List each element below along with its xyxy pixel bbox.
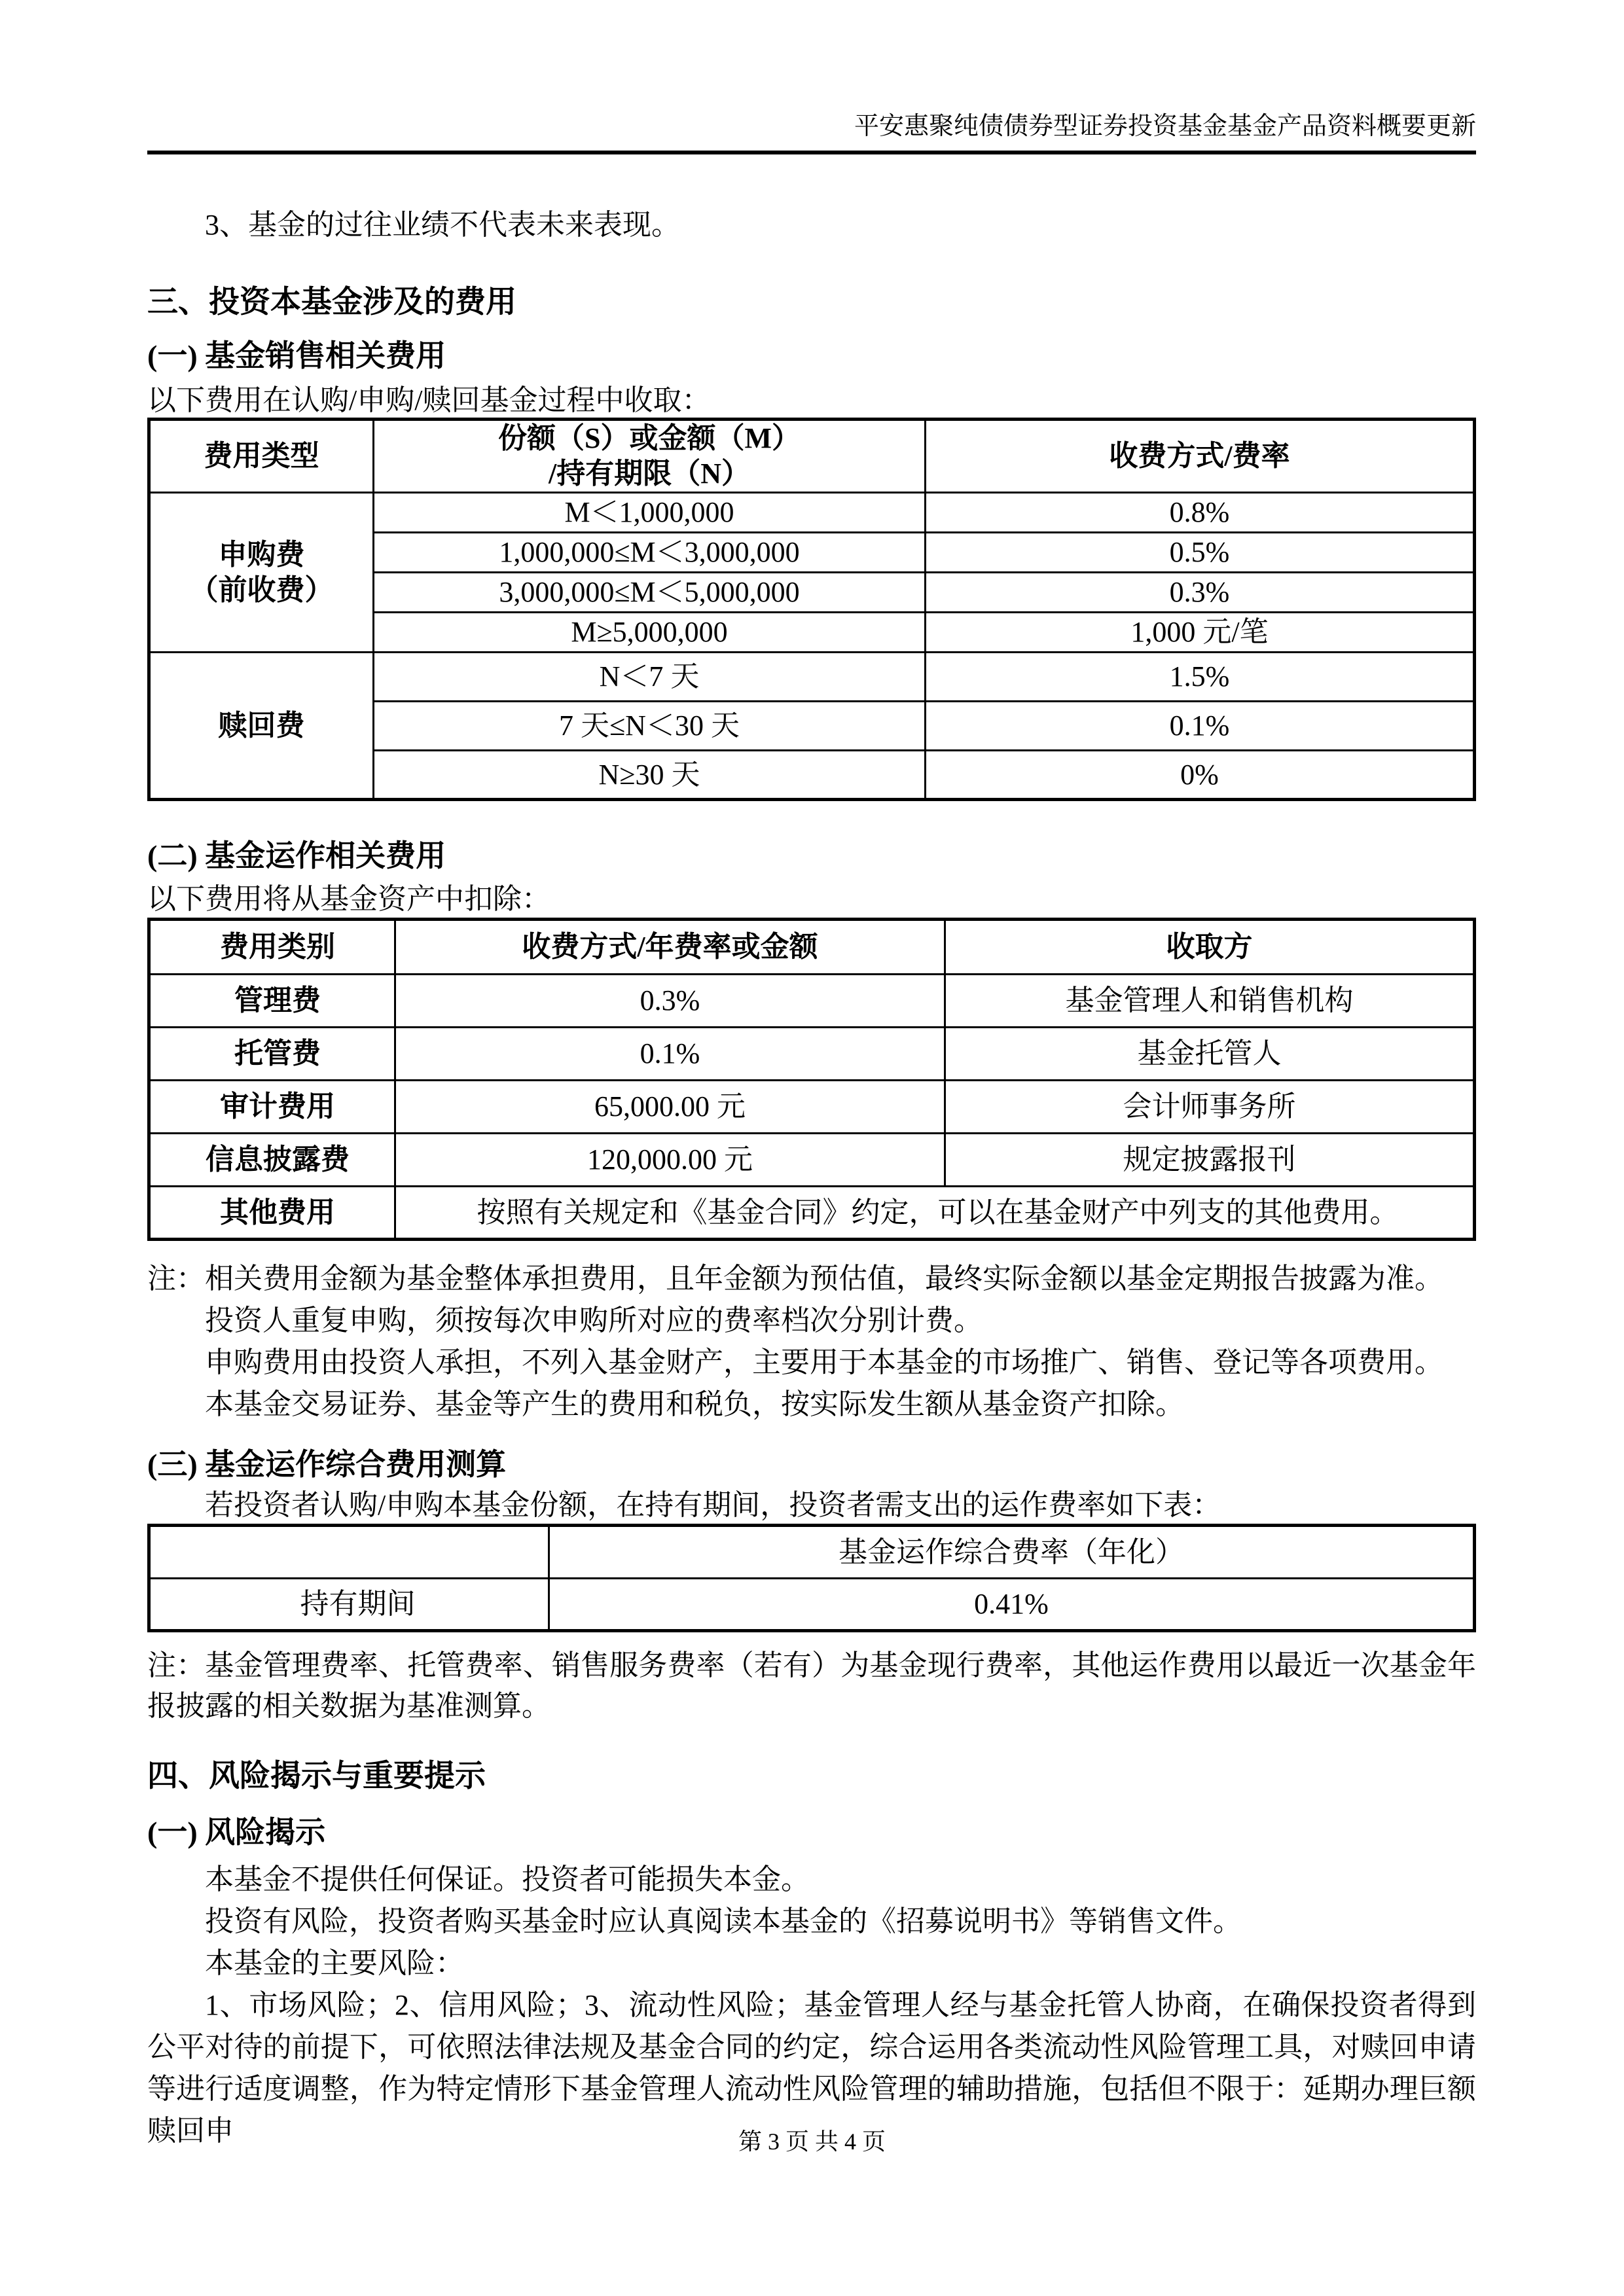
table-header-row: 基金运作综合费率（年化） <box>149 1526 1475 1579</box>
fee-rate-cell: 0.1% <box>395 1028 945 1081</box>
table-header-row: 费用类别 收费方式/年费率或金额 收取方 <box>149 920 1475 975</box>
fee-type-cell: 管理费 <box>149 975 395 1028</box>
rate-cell: 0.1% <box>926 702 1475 751</box>
table-row: 申购费 （前收费） M＜1,000,000 0.8% <box>149 493 1475 533</box>
fee-type-cell: 托管费 <box>149 1028 395 1081</box>
rate-cell: 0.8% <box>926 493 1475 533</box>
risk-paragraph: 本基金不提供任何保证。投资者可能损失本金。 <box>147 1859 1476 1901</box>
fee-type-cell: 审计费用 <box>149 1081 395 1134</box>
fee-collector-cell: 基金托管人 <box>945 1028 1475 1081</box>
sales-fee-table: 费用类型 份额（S）或金额（M） /持有期限（N） 收费方式/费率 申购费 （前… <box>147 418 1476 801</box>
rate-cell: 0.3% <box>926 573 1475 613</box>
condition-cell: M＜1,000,000 <box>374 493 926 533</box>
risk-disclosure-title: (一) 风险揭示 <box>147 1814 1476 1851</box>
condition-cell: 7 天≤N＜30 天 <box>374 702 926 751</box>
table-row: 其他费用 按照有关规定和《基金合同》约定，可以在基金财产中列支的其他费用。 <box>149 1187 1475 1240</box>
header-cell-fee-category: 费用类别 <box>149 920 395 975</box>
fee-rate-cell: 120,000.00 元 <box>395 1134 945 1187</box>
subscription-fee-label: 申购费 （前收费） <box>149 493 374 653</box>
header-amount-line1: 份额（S）或金额（M） <box>374 421 924 456</box>
note-line: 申购费用由投资人承担，不列入基金财产，主要用于本基金的市场推广、销售、登记等各项… <box>147 1342 1476 1384</box>
risk-paragraph: 投资有风险，投资者购买基金时应认真阅读本基金的《招募说明书》等销售文件。 <box>147 1901 1476 1943</box>
table-row: 托管费 0.1% 基金托管人 <box>149 1028 1475 1081</box>
comprehensive-fees-lead: 若投资者认购/申购本基金份额，在持有期间，投资者需支出的运作费率如下表： <box>147 1488 1476 1522</box>
operation-fees-lead: 以下费用将从基金资产中扣除： <box>147 882 1476 916</box>
condition-cell: 1,000,000≤M＜3,000,000 <box>374 533 926 573</box>
header-title: 平安惠聚纯债债券型证券投资基金基金产品资料概要更新 <box>147 0 1476 141</box>
past-performance-note: 3、基金的过往业绩不代表未来表现。 <box>147 204 1476 246</box>
section-fees-title: 三、投资本基金涉及的费用 <box>147 283 1476 322</box>
rate-cell: 1.5% <box>926 653 1475 702</box>
comprehensive-fees-title: (三) 基金运作综合费用测算 <box>147 1446 1476 1483</box>
redemption-fee-label: 赎回费 <box>149 653 374 800</box>
operation-fee-notes: 注：相关费用金额为基金整体承担费用，且年金额为预估值，最终实际金额以基金定期报告… <box>147 1258 1476 1426</box>
header-cell-collector: 收取方 <box>945 920 1475 975</box>
header-cell-amount: 份额（S）或金额（M） /持有期限（N） <box>374 420 926 493</box>
condition-cell: 3,000,000≤M＜5,000,000 <box>374 573 926 613</box>
rate-cell: 1,000 元/笔 <box>926 613 1475 653</box>
table-row: 管理费 0.3% 基金管理人和销售机构 <box>149 975 1475 1028</box>
fee-type-cell: 其他费用 <box>149 1187 395 1240</box>
table-row: 信息披露费 120,000.00 元 规定披露报刊 <box>149 1134 1475 1187</box>
rate-cell: 0% <box>926 751 1475 800</box>
operation-fee-table: 费用类别 收费方式/年费率或金额 收取方 管理费 0.3% 基金管理人和销售机构… <box>147 918 1476 1241</box>
empty-cell <box>149 1526 549 1579</box>
holding-period-label: 持有期间 <box>149 1579 549 1631</box>
note-line: 注：相关费用金额为基金整体承担费用，且年金额为预估值，最终实际金额以基金定期报告… <box>147 1258 1476 1300</box>
rate-cell: 0.5% <box>926 533 1475 573</box>
header-amount-line2: /持有期限（N） <box>374 456 924 492</box>
comprehensive-fee-table: 基金运作综合费率（年化） 持有期间 0.41% <box>147 1524 1476 1632</box>
fee-collector-cell: 规定披露报刊 <box>945 1134 1475 1187</box>
header-cell-charge-method: 收费方式/年费率或金额 <box>395 920 945 975</box>
table-row: 持有期间 0.41% <box>149 1579 1475 1631</box>
comprehensive-fee-note: 注：基金管理费率、托管费率、销售服务费率（若有）为基金现行费率，其他运作费用以最… <box>147 1645 1476 1727</box>
header-cell-fee-type: 费用类型 <box>149 420 374 493</box>
fee-rate-cell: 0.3% <box>395 975 945 1028</box>
table-row: 赎回费 N＜7 天 1.5% <box>149 653 1475 702</box>
subscription-fee-label-line2: （前收费） <box>151 573 372 608</box>
condition-cell: M≥5,000,000 <box>374 613 926 653</box>
page-number: 第 3 页 共 4 页 <box>0 2127 1624 2156</box>
table-header-row: 费用类型 份额（S）或金额（M） /持有期限（N） 收费方式/费率 <box>149 420 1475 493</box>
document-page: 平安惠聚纯债债券型证券投资基金基金产品资料概要更新 3、基金的过往业绩不代表未来… <box>0 0 1624 2296</box>
fee-collector-cell: 会计师事务所 <box>945 1081 1475 1134</box>
fee-rate-cell: 65,000.00 元 <box>395 1081 945 1134</box>
risk-paragraph: 本基金的主要风险： <box>147 1943 1476 1984</box>
other-fee-desc-cell: 按照有关规定和《基金合同》约定，可以在基金财产中列支的其他费用。 <box>395 1187 1475 1240</box>
holding-period-rate: 0.41% <box>549 1579 1475 1631</box>
fee-type-cell: 信息披露费 <box>149 1134 395 1187</box>
table-row: 审计费用 65,000.00 元 会计师事务所 <box>149 1081 1475 1134</box>
header-cell-rate: 收费方式/费率 <box>926 420 1475 493</box>
sales-fees-lead: 以下费用在认购/申购/赎回基金过程中收取： <box>147 384 1476 418</box>
operation-fees-title: (二) 基金运作相关费用 <box>147 838 1476 874</box>
note-line: 本基金交易证券、基金等产生的费用和税负，按实际发生额从基金资产扣除。 <box>147 1384 1476 1426</box>
header-rule <box>147 151 1476 154</box>
subscription-fee-label-line1: 申购费 <box>151 537 372 573</box>
section-risk-title: 四、风险揭示与重要提示 <box>147 1757 1476 1796</box>
condition-cell: N＜7 天 <box>374 653 926 702</box>
condition-cell: N≥30 天 <box>374 751 926 800</box>
sales-fees-title: (一) 基金销售相关费用 <box>147 338 1476 374</box>
note-line: 投资人重复申购，须按每次申购所对应的费率档次分别计费。 <box>147 1300 1476 1342</box>
fee-collector-cell: 基金管理人和销售机构 <box>945 975 1475 1028</box>
header-cell-annualized-rate: 基金运作综合费率（年化） <box>549 1526 1475 1579</box>
